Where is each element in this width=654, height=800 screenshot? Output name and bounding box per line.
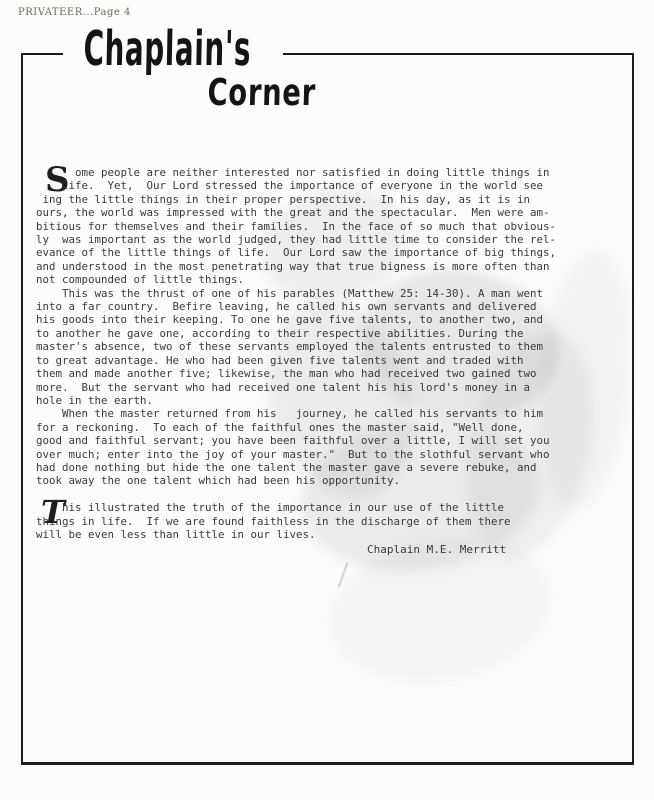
text-line: to another he gave one, according to the… xyxy=(36,327,556,340)
frame-border-left xyxy=(21,53,23,764)
paragraph: S ome people are neither interested nor … xyxy=(36,166,556,287)
text-line: good and faithful servant; you have been… xyxy=(36,434,556,447)
frame-border-top-right-segment xyxy=(283,53,634,55)
text-line: his goods into their keeping. To one he … xyxy=(36,313,556,326)
text-line: took away the one talent which had been … xyxy=(36,474,556,487)
text-line: hole in the earth. xyxy=(36,394,556,407)
paragraph: This was the thrust of one of his parabl… xyxy=(36,287,556,408)
pencil-mark-artifact xyxy=(338,562,349,587)
text-line: into a far country. Befire leaving, he c… xyxy=(36,300,556,313)
text-line: evance of the little things of life. Our… xyxy=(36,246,556,259)
text-line: will be even less than little in our liv… xyxy=(36,528,556,541)
page-title-line2: Corner xyxy=(207,74,316,111)
dropcap-letter: T xyxy=(41,496,65,528)
text-line: over much; enter into the joy of your ma… xyxy=(36,448,556,461)
dropcap-letter: S xyxy=(45,163,70,197)
text-line: not compounded of little things. xyxy=(36,273,556,286)
text-line: life. Yet, Our Lord stressed the importa… xyxy=(36,179,556,192)
text-line: ours, the world was impressed with the g… xyxy=(36,206,556,219)
text-line: and understood in the most penetrating w… xyxy=(36,260,556,273)
article-body: S ome people are neither interested nor … xyxy=(36,166,556,541)
text-line: ing the little things in their proper pe… xyxy=(36,193,556,206)
text-line: his illustrated the truth of the importa… xyxy=(36,501,556,514)
page-title-line1: Chaplain's xyxy=(83,25,252,73)
paragraph: T his illustrated the truth of the impor… xyxy=(36,501,556,541)
paragraph: When the master returned from his journe… xyxy=(36,407,556,487)
text-line: more. But the servant who had received o… xyxy=(36,381,556,394)
author-signature: Chaplain M.E. Merritt xyxy=(367,543,506,556)
frame-border-top-left-segment xyxy=(21,53,63,55)
text-line: for a reckoning. To each of the faithful… xyxy=(36,421,556,434)
text-line: had done nothing but hide the one talent… xyxy=(36,461,556,474)
text-line: bitious for themselves and their familie… xyxy=(36,220,556,233)
text-line: things in life. If we are found faithles… xyxy=(36,515,556,528)
frame-border-right xyxy=(632,53,634,764)
text-line: This was the thrust of one of his parabl… xyxy=(36,287,556,300)
text-line: to great advantage. He who had been give… xyxy=(36,354,556,367)
frame-border-bottom xyxy=(21,762,634,765)
text-line: them and made another five; likewise, th… xyxy=(36,367,556,380)
text-line: master's absence, two of these servants … xyxy=(36,340,556,353)
text-line: ome people are neither interested nor sa… xyxy=(36,166,556,179)
running-header: PRIVATEER...Page 4 xyxy=(18,7,131,18)
text-line: When the master returned from his journe… xyxy=(36,407,556,420)
text-line: ly was important as the world judged, th… xyxy=(36,233,556,246)
scanned-newsletter-page: PRIVATEER...Page 4 Chaplain's Corner S o… xyxy=(0,0,654,800)
